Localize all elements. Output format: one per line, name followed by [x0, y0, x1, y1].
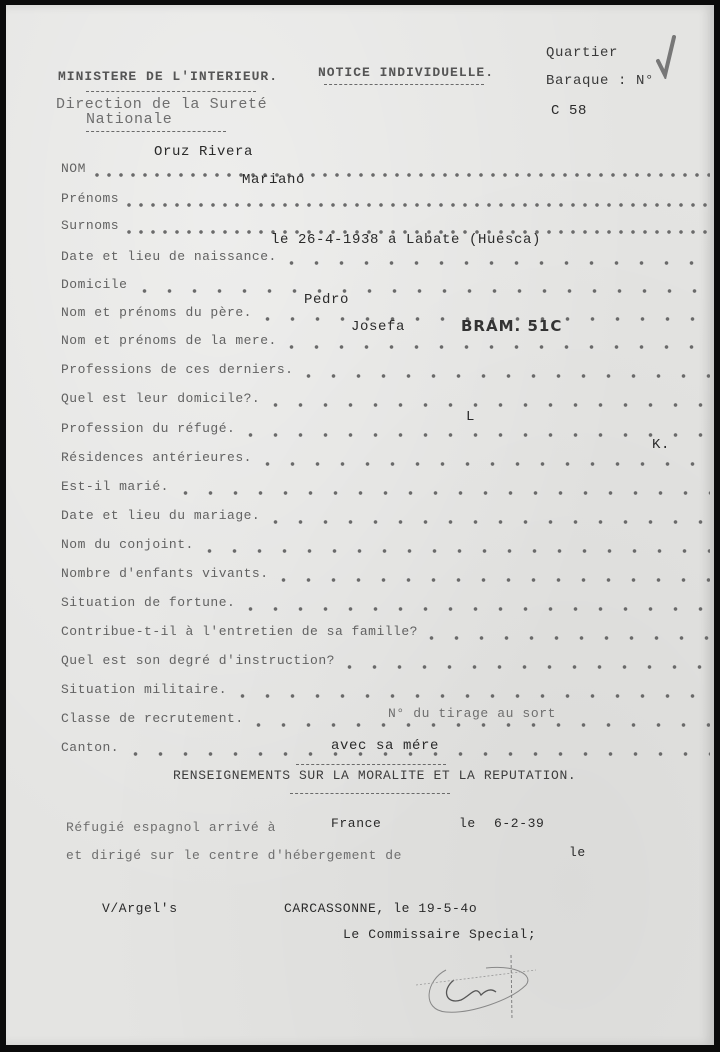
direction-underline — [86, 131, 226, 132]
field-value: le 26-4-1938 a Labate (Huesca) — [271, 232, 541, 248]
signatory-title: Le Commissaire Special; — [343, 927, 536, 942]
field-label: Quel est leur domicile?. — [61, 391, 260, 406]
field-label: Profession du réfugé. — [61, 421, 235, 436]
dotted-leader — [255, 462, 710, 466]
dotted-leader — [263, 403, 710, 407]
dotted-leader — [279, 345, 710, 349]
baraque-label: Baraque : N° — [546, 73, 654, 89]
field-label: Professions de ces derniers. — [61, 362, 293, 377]
field-label: Contribue-t-il à l'entretien de sa famil… — [61, 624, 418, 639]
field-label: Canton. — [61, 740, 119, 755]
centre-le: le — [569, 845, 586, 860]
dotted-leader — [197, 549, 710, 553]
arrival-date: 6-2-39 — [494, 816, 544, 831]
tirage-label: N° du tirage au sort — [388, 706, 556, 721]
section-top-rule — [296, 764, 446, 765]
field-label: Date et lieu de naissance. — [61, 249, 277, 264]
dotted-leader — [337, 665, 710, 669]
section-bottom-rule — [290, 793, 450, 794]
check-mark-icon — [656, 35, 676, 79]
dotted-leader — [246, 723, 710, 727]
signature — [416, 950, 536, 1020]
document-page: MINISTERE DE L'INTERIEUR. Direction de l… — [6, 5, 714, 1045]
dotted-leader — [230, 694, 710, 698]
field-label: Nom et prénoms de la mere. — [61, 333, 277, 348]
baraque-number: C 58 — [551, 103, 587, 119]
field-label: Prénoms — [61, 191, 119, 206]
field-label: Surnoms — [61, 218, 119, 233]
field-label: Nom du conjoint. — [61, 537, 194, 552]
field-value: Mariano — [242, 172, 305, 188]
canton-note: avec sa mére — [331, 738, 439, 754]
field-label: Date et lieu du mariage. — [61, 508, 260, 523]
reference: V/Argel's — [102, 901, 178, 916]
field-label: NOM — [61, 161, 86, 176]
dotted-leader — [173, 491, 710, 495]
place-date: CARCASSONNE, le 19-5-4o — [284, 901, 477, 916]
form-title: NOTICE INDIVIDUELLE. — [318, 65, 494, 80]
field-label: Nom et prénoms du père. — [61, 305, 252, 320]
direction-line-2: Nationale — [86, 111, 172, 128]
dotted-leader — [279, 261, 710, 265]
handwritten-annotation: BRAM. 51C — [461, 317, 562, 335]
field-value: Josefa — [351, 319, 405, 335]
dotted-leader — [123, 203, 710, 207]
field-label: Nombre d'enfants vivants. — [61, 566, 269, 581]
field-label: Domicile — [61, 277, 127, 292]
field-label: Est-il marié. — [61, 479, 169, 494]
ministry-underline — [86, 91, 256, 92]
dotted-leader — [263, 520, 710, 524]
title-underline — [324, 84, 484, 85]
field-value: K. — [652, 437, 670, 453]
dotted-leader — [132, 289, 710, 293]
field-label: Résidences antérieures. — [61, 450, 252, 465]
arrival-le: le — [459, 816, 476, 831]
quartier-label: Quartier — [546, 45, 618, 61]
section-title: RENSEIGNEMENTS SUR LA MORALITE ET LA REP… — [173, 768, 576, 783]
field-label: Situation de fortune. — [61, 595, 235, 610]
field-label: Quel est son degré d'instruction? — [61, 653, 335, 668]
dotted-leader — [296, 374, 710, 378]
field-value: Pedro — [304, 292, 349, 308]
dotted-leader — [419, 636, 710, 640]
dotted-leader — [271, 578, 710, 582]
field-label: Classe de recrutement. — [61, 711, 244, 726]
ministry-heading: MINISTERE DE L'INTERIEUR. — [58, 69, 278, 84]
dotted-leader — [238, 607, 710, 611]
field-value: L — [466, 409, 475, 425]
field-value: Oruz Rivera — [154, 144, 253, 160]
field-label: Situation militaire. — [61, 682, 227, 697]
arrival-place: France — [331, 816, 381, 831]
dotted-leader — [238, 433, 710, 437]
centre-label: et dirigé sur le centre d'hébergement de — [66, 848, 402, 863]
arrival-label: Réfugié espagnol arrivé à — [66, 820, 276, 835]
dotted-leader — [91, 173, 710, 177]
